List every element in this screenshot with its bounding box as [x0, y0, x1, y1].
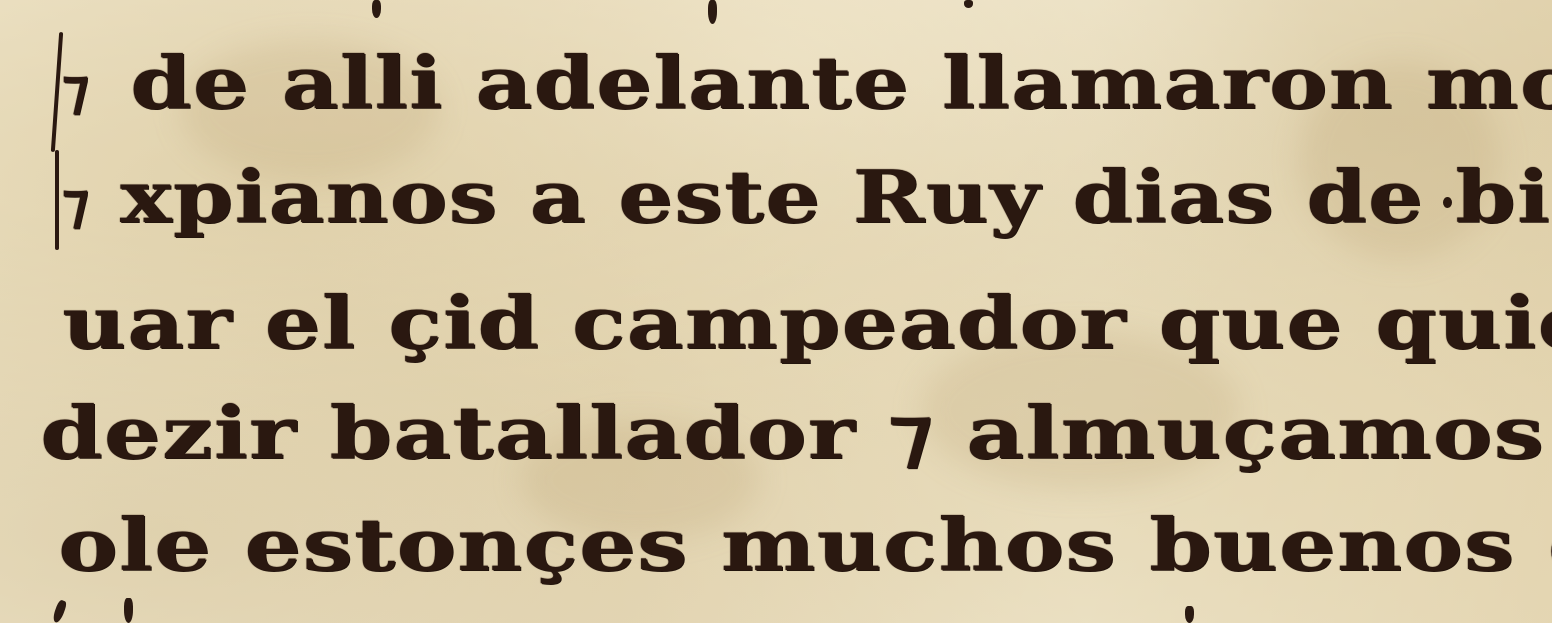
tironian-et: ⁊: [62, 170, 90, 234]
tironian-et: ⁊: [62, 56, 90, 120]
line-text: de alli adelante llamaron moros: [130, 40, 1552, 125]
line-text: xpianos a este Ruy dias de bi: [120, 154, 1551, 239]
manuscript-line-3: uar el çid campeador que quiere: [0, 276, 1552, 376]
descender-fragment: [708, 0, 717, 24]
line-text: dezir batallador ⁊ almuçamos di: [40, 390, 1552, 475]
line-text: ole estonçes muchos buenos dones: [58, 502, 1552, 587]
ascender-fragment: [51, 599, 67, 623]
punctus: [1443, 197, 1452, 208]
line-text: uar el çid campeador que quiere: [62, 280, 1552, 365]
manuscript-line-2: ⁊ xpianos a este Ruy dias de bi: [0, 150, 1552, 250]
manuscript-line-1: ⁊ de alli adelante llamaron moros: [0, 36, 1552, 126]
manuscript-page: ⁊ de alli adelante llamaron moros ⁊ xpia…: [0, 0, 1552, 623]
ascender-fragment: [1185, 606, 1194, 623]
descender-fragment: [372, 0, 381, 18]
descender-fragment: [964, 0, 973, 8]
manuscript-line-4: dezir batallador ⁊ almuçamos di: [0, 386, 1552, 486]
ascender-fragment: [124, 598, 133, 623]
manuscript-line-5: ole estonçes muchos buenos dones: [0, 498, 1552, 598]
